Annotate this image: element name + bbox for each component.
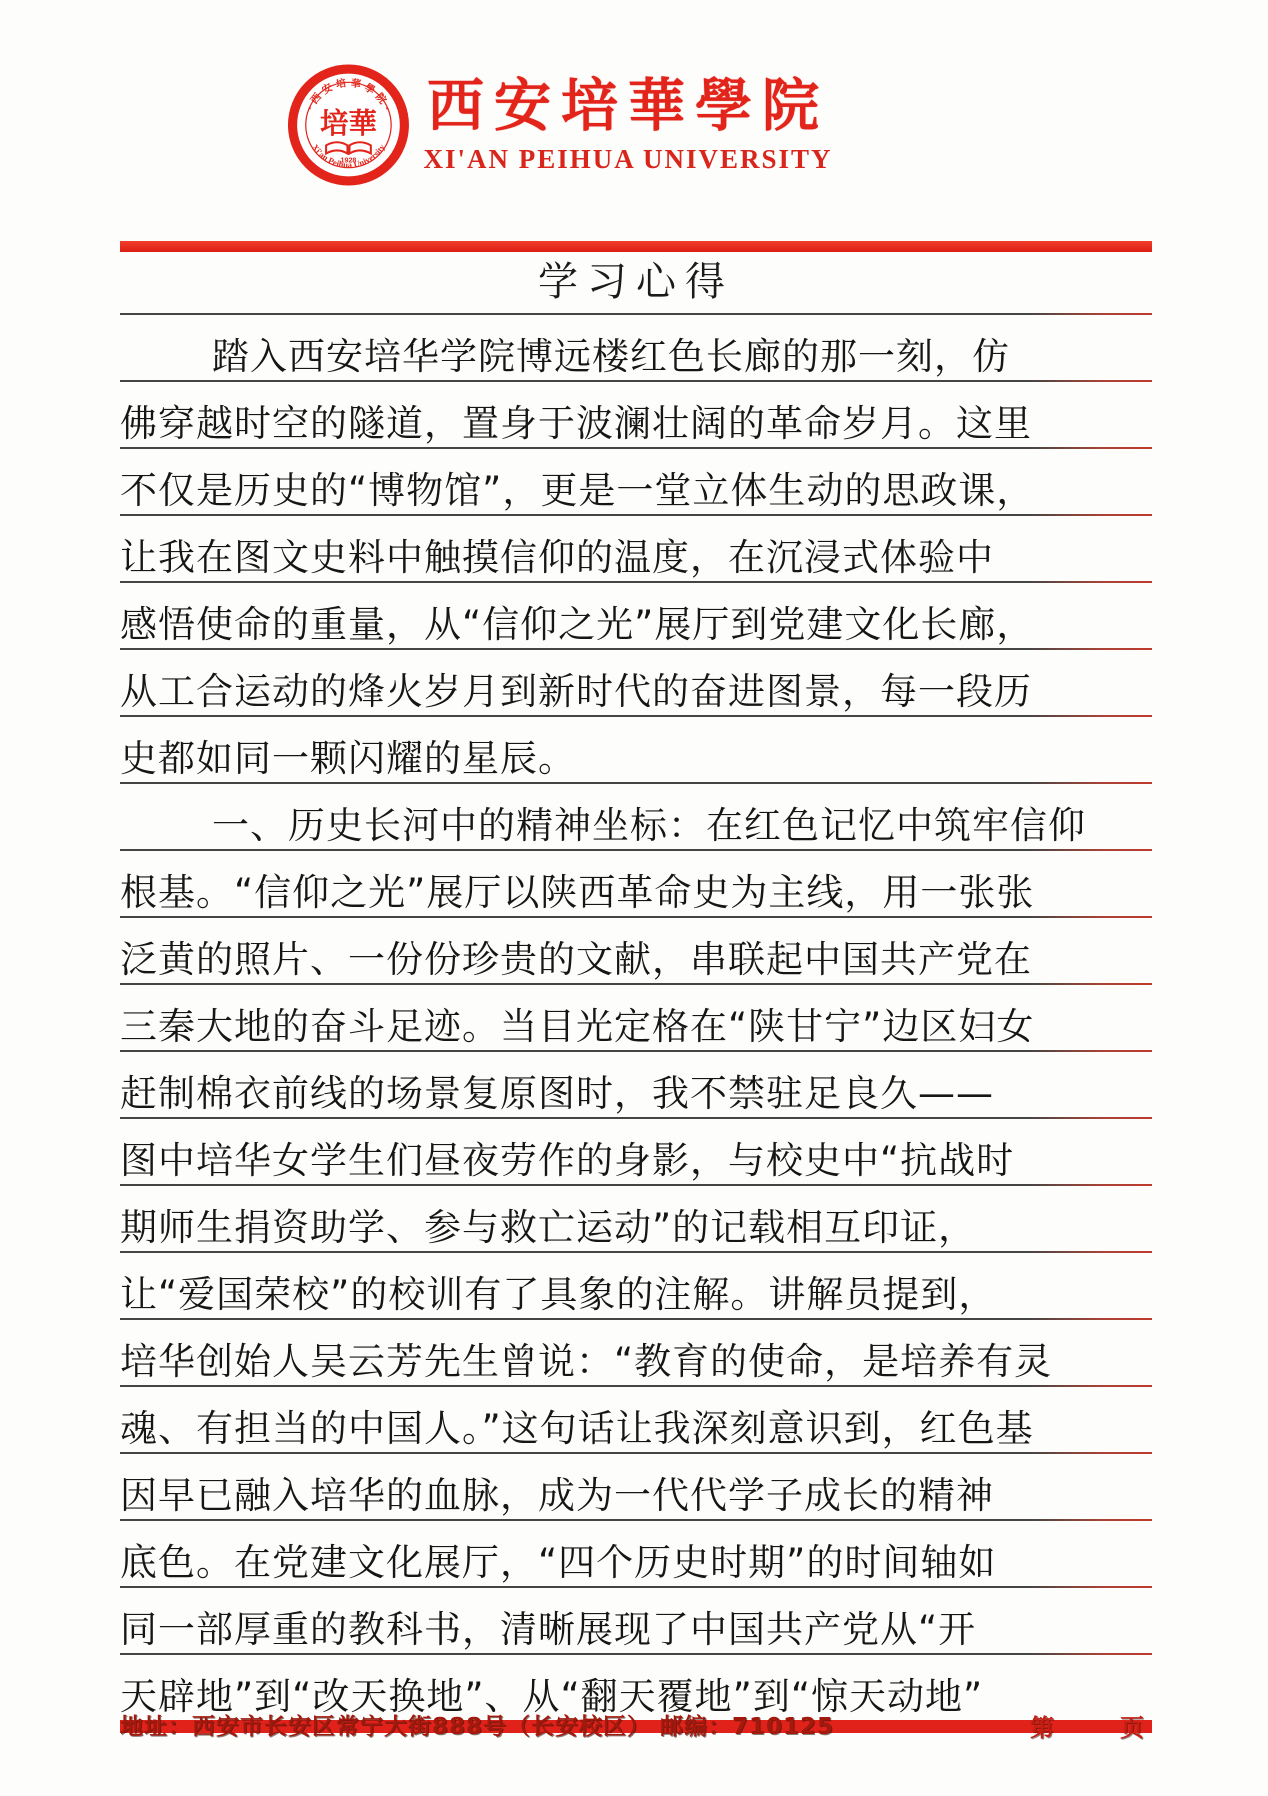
ruled-line: 泛黄的照片、一份份珍贵的文献，串联起中国共产党在 (120, 918, 1152, 985)
ruled-line: 让我在图文史料中触摸信仰的温度，在沉浸式体验中 (120, 516, 1152, 583)
ruled-line: 从工合运动的烽火岁月到新时代的奋进图景，每一段历 (120, 650, 1152, 717)
handwritten-line: 因早已融入培华的血脉，成为一代代学子成长的精神 (120, 1477, 994, 1519)
ruled-line: 赶制棉衣前线的场景复原图时，我不禁驻足良久—— (120, 1052, 1152, 1119)
ruled-line: 三秦大地的奋斗足迹。当目光定格在“陕甘宁”边区妇女 (120, 985, 1152, 1052)
university-name-cn: 西安培華學院 (427, 75, 829, 138)
ruled-line: 史都如同一颗闪耀的星辰。 (120, 717, 1152, 784)
handwritten-line: 一、历史长河中的精神坐标：在红色记忆中筑牢信仰 (120, 807, 1086, 849)
ruled-line: 魂、有担当的中国人。”这句话让我深刻意识到，红色基 (120, 1387, 1152, 1454)
footer-address: 地址：西安市长安区常宁大街888号（长安校区） 邮编：710125 (120, 1708, 834, 1741)
ruled-line: 图中培华女学生们昼夜劳作的身影，与校史中“抗战时 (120, 1119, 1152, 1186)
document-title: 学习心得 (538, 250, 734, 313)
seal-center-text: 培華 (320, 107, 377, 140)
ruled-line: 让“爱国荣校”的校训有了具象的注解。讲解员提到， (120, 1253, 1152, 1320)
handwritten-line: 同一部厚重的教科书，清晰展现了中国共产党从“开 (120, 1611, 976, 1653)
handwritten-line: 三秦大地的奋斗足迹。当目光定格在“陕甘宁”边区妇女 (120, 1008, 1034, 1050)
title-rule-line: 学习心得 (120, 252, 1152, 315)
ruled-line: 因早已融入培华的血脉，成为一代代学子成长的精神 (120, 1454, 1152, 1521)
ruled-line: 底色。在党建文化展厅，“四个历史时期”的时间轴如 (120, 1521, 1152, 1588)
letterhead-footer: 地址：西安市长安区常宁大街888号（长安校区） 邮编：710125 第 页 (120, 1708, 1152, 1743)
handwritten-line: 踏入西安培华学院博远楼红色长廊的那一刻，仿 (120, 338, 1010, 380)
ruled-line: 根基。“信仰之光”展厅以陕西革命史为主线，用一张张 (120, 851, 1152, 918)
handwritten-line: 泛黄的照片、一份份珍贵的文献，串联起中国共产党在 (120, 941, 1032, 983)
ruled-line: 感悟使命的重量，从“信仰之光”展厅到党建文化长廊， (120, 583, 1152, 650)
page-number-area: 第 页 (1030, 1708, 1152, 1743)
page-label-prefix: 第 (1030, 1708, 1054, 1743)
ruled-line: 培华创始人吴云芳先生曾说：“教育的使命，是培养有灵 (120, 1320, 1152, 1387)
handwritten-line: 魂、有担当的中国人。”这句话让我深刻意识到，红色基 (120, 1410, 1034, 1452)
handwritten-line: 从工合运动的烽火岁月到新时代的奋进图景，每一段历 (120, 673, 1032, 715)
handwritten-line: 期师生捐资助学、参与救亡运动”的记载相互印证， (120, 1209, 976, 1251)
university-seal-icon: · 西 安 培 華 學 院 · Xi'an Peihua University … (287, 64, 409, 186)
handwritten-line: 感悟使命的重量，从“信仰之光”展厅到党建文化长廊， (120, 606, 1034, 648)
handwritten-line: 让“爱国荣校”的校训有了具象的注解。讲解员提到， (120, 1276, 996, 1318)
handwritten-line: 不仅是历史的“博物馆”，更是一堂立体生动的思政课， (120, 472, 1034, 514)
handwritten-line: 根基。“信仰之光”展厅以陕西革命史为主线，用一张张 (120, 874, 1034, 916)
ruled-line: 踏入西安培华学院博远楼红色长廊的那一刻，仿 (120, 315, 1152, 382)
ruled-line: 佛穿越时空的隧道，置身于波澜壮阔的革命岁月。这里 (120, 382, 1152, 449)
handwritten-line: 让我在图文史料中触摸信仰的温度，在沉浸式体验中 (120, 539, 994, 581)
university-name-block: 西安培華學院 XI'AN PEIHUA UNIVERSITY (423, 75, 832, 175)
ruled-line: 不仅是历史的“博物馆”，更是一堂立体生动的思政课， (120, 449, 1152, 516)
letterhead-header: · 西 安 培 華 學 院 · Xi'an Peihua University … (287, 64, 832, 186)
handwritten-line: 底色。在党建文化展厅，“四个历史时期”的时间轴如 (120, 1544, 996, 1586)
letterhead-page: · 西 安 培 華 學 院 · Xi'an Peihua University … (0, 0, 1268, 1796)
ruled-line: 同一部厚重的教科书，清晰展现了中国共产党从“开 (120, 1588, 1152, 1655)
ruled-line: 一、历史长河中的精神坐标：在红色记忆中筑牢信仰 (120, 784, 1152, 851)
page-label-suffix: 页 (1120, 1708, 1144, 1743)
seal-year-text: 1928 (341, 157, 357, 165)
handwritten-line: 培华创始人吴云芳先生曾说：“教育的使命，是培养有灵 (120, 1343, 1052, 1385)
handwritten-line: 佛穿越时空的隧道，置身于波澜壮阔的革命岁月。这里 (120, 405, 1032, 447)
ruled-line: 期师生捐资助学、参与救亡运动”的记载相互印证， (120, 1186, 1152, 1253)
handwritten-line: 图中培华女学生们昼夜劳作的身影，与校史中“抗战时 (120, 1142, 1014, 1184)
handwritten-line: 史都如同一颗闪耀的星辰。 (120, 740, 576, 782)
handwritten-line: 赶制棉衣前线的场景复原图时，我不禁驻足良久—— (120, 1075, 994, 1117)
handwritten-body: 学习心得 踏入西安培华学院博远楼红色长廊的那一刻，仿 佛穿越时空的隧道，置身于波… (120, 241, 1152, 1733)
university-name-en: XI'AN PEIHUA UNIVERSITY (423, 144, 832, 175)
